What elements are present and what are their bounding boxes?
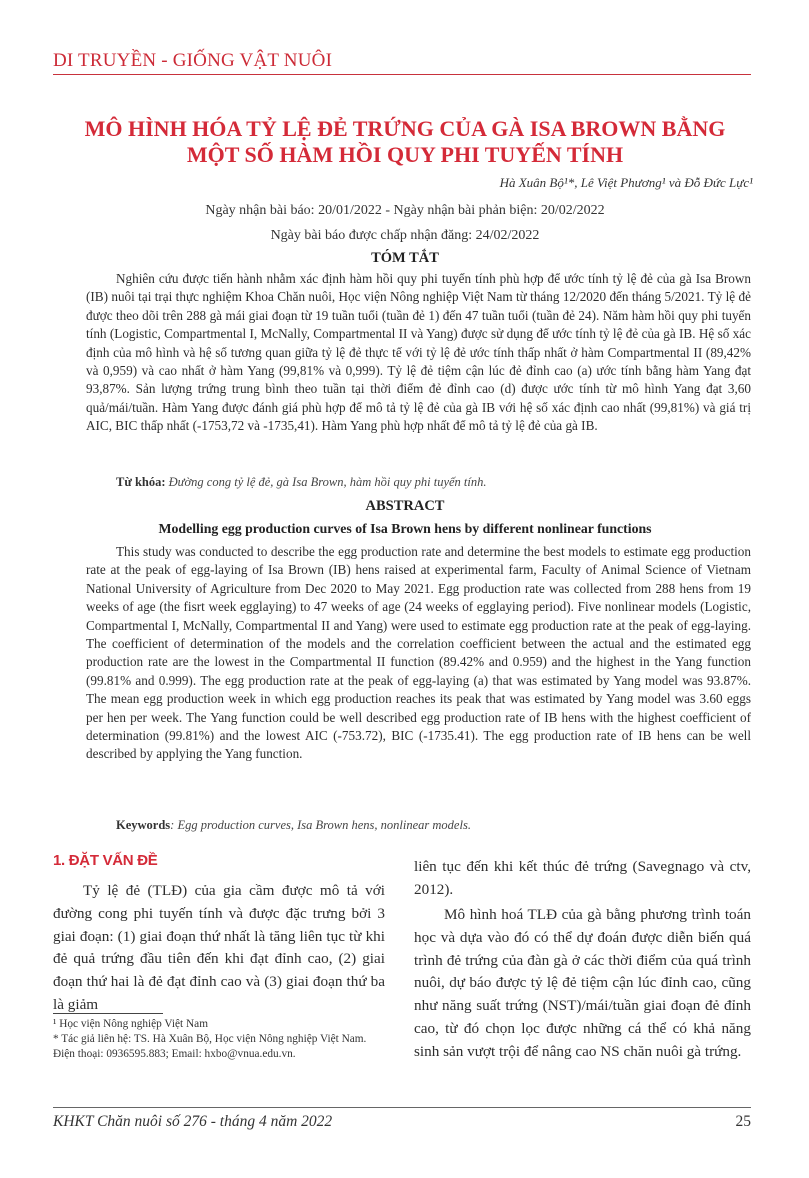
summary-keywords-text: Đường cong tỷ lệ đẻ, gà Isa Brown, hàm h… (169, 475, 487, 489)
footnote-corresponding-author: * Tác giả liên hệ: TS. Hà Xuân Bộ, Học v… (53, 1032, 385, 1062)
article-title: MÔ HÌNH HÓA TỶ LỆ ĐẺ TRỨNG CỦA GÀ ISA BR… (40, 116, 770, 168)
article-title-line-1: MÔ HÌNH HÓA TỶ LỆ ĐẺ TRỨNG CỦA GÀ ISA BR… (40, 116, 770, 142)
journal-page: DI TRUYỀN - GIỐNG VẬT NUÔI MÔ HÌNH HÓA T… (0, 0, 809, 1178)
summary-heading: TÓM TẮT (60, 250, 750, 267)
journal-issue-footer: KHKT Chăn nuôi số 276 - tháng 4 năm 2022 (53, 1113, 332, 1131)
abstract-keywords: Keywords: Egg production curves, Isa Bro… (116, 818, 471, 833)
article-authors: Hà Xuân Bộ¹*, Lê Việt Phương¹ và Đỗ Đức … (500, 175, 753, 191)
article-title-line-2: MỘT SỐ HÀM HỒI QUY PHI TUYẾN TÍNH (40, 142, 770, 168)
abstract-keywords-label: Keywords (116, 818, 170, 832)
section-1-heading: 1. ĐẶT VẤN ĐỀ (53, 852, 157, 869)
section-1-right-paragraph-1: liên tục đến khi kết thúc đẻ trứng (Save… (414, 856, 751, 902)
section-category-header: DI TRUYỀN - GIỐNG VẬT NUÔI (53, 50, 751, 75)
section-1-right-paragraph-2: Mô hình hoá TLĐ của gà bằng phương trình… (414, 904, 751, 1064)
section-category-label: DI TRUYỀN - GIỐNG VẬT NUÔI (53, 50, 332, 71)
summary-keywords-label: Từ khóa: (116, 475, 166, 489)
abstract-body: This study was conducted to describe the… (86, 543, 751, 764)
abstract-heading: ABSTRACT (60, 498, 750, 515)
footnote-affiliation: ¹ Học viện Nông nghiệp Việt Nam (53, 1017, 385, 1032)
abstract-keywords-text: : Egg production curves, Isa Brown hens,… (170, 818, 471, 832)
abstract-english-title: Modelling egg production curves of Isa B… (60, 521, 750, 537)
footnote-divider (53, 1013, 163, 1014)
footnotes: ¹ Học viện Nông nghiệp Việt Nam * Tác gi… (53, 1017, 385, 1062)
page-number: 25 (736, 1113, 752, 1131)
received-dates: Ngày nhận bài báo: 20/01/2022 - Ngày nhậ… (60, 203, 750, 219)
summary-keywords: Từ khóa: Đường cong tỷ lệ đẻ, gà Isa Bro… (116, 475, 487, 490)
section-1-left-paragraph: Tỷ lệ đẻ (TLĐ) của gia cầm được mô tả vớ… (53, 880, 385, 1017)
summary-body: Nghiên cứu được tiến hành nhằm xác định … (86, 270, 751, 436)
footer-divider (53, 1107, 751, 1108)
accepted-date: Ngày bài báo được chấp nhận đăng: 24/02/… (60, 228, 750, 244)
